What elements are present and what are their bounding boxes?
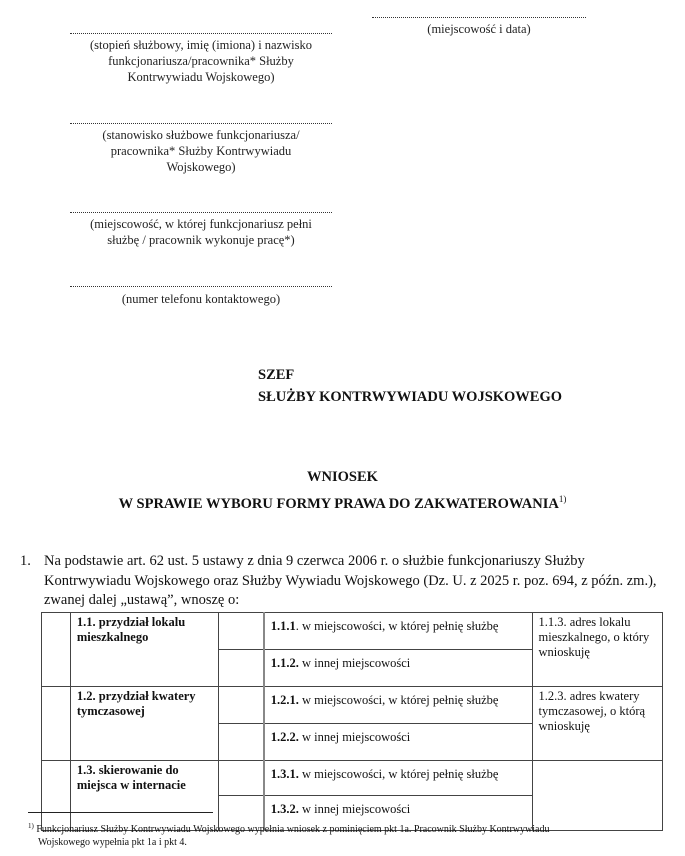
- suboption-text: w innej miejscowości: [299, 656, 410, 670]
- paragraph-text: Na podstawie art. 62 ust. 5 ustawy z dni…: [44, 552, 660, 611]
- caption-line: (numer telefonu kontaktowego): [60, 291, 342, 307]
- suboption-number: 1.2.1.: [271, 693, 299, 707]
- title-line-1: WNIOSEK: [0, 466, 685, 488]
- suboption-label: 1.3.1. w miejscowości, w której pełnię s…: [264, 761, 532, 796]
- suboption-number: 1.1.2.: [271, 656, 299, 670]
- addressee-line-2: SŁUŻBY KONTRWYWIADU WOJSKOWEGO: [258, 386, 562, 408]
- suboption-text: w miejscowości, w której pełnię służbę: [299, 693, 499, 707]
- table-row: 1.3. skierowanie do miejsca w internacie…: [42, 761, 663, 796]
- document-title: WNIOSEK W SPRAWIE WYBORU FORMY PRAWA DO …: [0, 466, 685, 515]
- place-date-caption: (miejscowość i data): [372, 21, 586, 37]
- caption-line: (stanowisko służbowe funkcjonariusza/: [60, 127, 342, 143]
- footnote-ref[interactable]: 1): [559, 494, 567, 504]
- caption-line: funkcjonariusza/pracownika* Służby: [60, 53, 342, 69]
- table-row: 1.2. przydział kwatery tymczasowej 1.2.1…: [42, 687, 663, 724]
- suboption-checkbox[interactable]: [219, 724, 264, 761]
- title-line-2: W SPRAWIE WYBORU FORMY PRAWA DO ZAKWATER…: [0, 488, 685, 515]
- footnote-line-2: Wojskowego wypełnia pkt 1a i pkt 4.: [28, 836, 658, 849]
- caption-line: Kontrwywiadu Wojskowego): [60, 69, 342, 85]
- addressee-line-1: SZEF: [258, 364, 562, 386]
- title-text: W SPRAWIE WYBORU FORMY PRAWA DO ZAKWATER…: [119, 496, 559, 512]
- service-location-dotted-line[interactable]: [70, 212, 332, 213]
- place-date-dotted-line[interactable]: [372, 17, 586, 18]
- caption-line: (stopień służbowy, imię (imiona) i nazwi…: [60, 37, 342, 53]
- suboption-text: . w miejscowości, w której pełnię służbę: [296, 619, 499, 633]
- name-dotted-line[interactable]: [70, 33, 332, 34]
- footnote-line-1: Funkcjonariusz Służby Kontrwywiadu Wojsk…: [36, 824, 549, 835]
- caption-line: pracownika* Służby Kontrwywiadu: [60, 143, 342, 159]
- phone-dotted-line[interactable]: [70, 286, 332, 287]
- footnote-divider: [28, 812, 213, 813]
- option-label: 1.1. przydział lokalu mieszkalnego: [70, 613, 218, 687]
- suboption-checkbox[interactable]: [219, 687, 264, 724]
- option-checkbox-cell[interactable]: [42, 687, 71, 761]
- suboption-checkbox[interactable]: [219, 761, 264, 796]
- address-field[interactable]: 1.2.3. adres kwatery tymczasowej, o któr…: [532, 687, 662, 761]
- footnote: 1) Funkcjonariusz Służby Kontrwywiadu Wo…: [28, 820, 658, 849]
- suboption-text: w innej miejscowości: [299, 730, 410, 744]
- caption-line: Wojskowego): [60, 159, 342, 175]
- suboption-checkbox[interactable]: [219, 613, 264, 650]
- table-row: 1.1. przydział lokalu mieszkalnego 1.1.1…: [42, 613, 663, 650]
- position-caption: (stanowisko służbowe funkcjonariusza/ pr…: [60, 127, 342, 175]
- suboption-text: w miejscowości, w której pełnię służbę: [299, 767, 499, 781]
- option-label: 1.2. przydział kwatery tymczasowej: [70, 687, 218, 761]
- suboption-number: 1.3.1.: [271, 767, 299, 781]
- paragraph-number: 1.: [20, 552, 31, 572]
- addressee: SZEF SŁUŻBY KONTRWYWIADU WOJSKOWEGO: [258, 364, 562, 408]
- caption-line: służbę / pracownik wykonuje pracę*): [60, 232, 342, 248]
- name-caption: (stopień służbowy, imię (imiona) i nazwi…: [60, 37, 342, 85]
- suboption-label: 1.2.1. w miejscowości, w której pełnię s…: [264, 687, 532, 724]
- suboption-label: 1.1.1. w miejscowości, w której pełnię s…: [264, 613, 532, 650]
- caption-line: (miejscowość, w której funkcjonariusz pe…: [60, 216, 342, 232]
- suboption-checkbox[interactable]: [219, 650, 264, 687]
- address-field[interactable]: 1.1.3. adres lokalu mieszkalnego, o któr…: [532, 613, 662, 687]
- option-checkbox-cell[interactable]: [42, 613, 71, 687]
- suboption-number: 1.1.1: [271, 619, 296, 633]
- phone-caption: (numer telefonu kontaktowego): [60, 291, 342, 307]
- suboption-label: 1.2.2. w innej miejscowości: [264, 724, 532, 761]
- options-table: 1.1. przydział lokalu mieszkalnego 1.1.1…: [41, 612, 663, 831]
- position-dotted-line[interactable]: [70, 123, 332, 124]
- suboption-number: 1.2.2.: [271, 730, 299, 744]
- suboption-text: w innej miejscowości: [299, 802, 410, 816]
- footnote-marker: 1): [28, 822, 34, 830]
- suboption-label: 1.1.2. w innej miejscowości: [264, 650, 532, 687]
- service-location-caption: (miejscowość, w której funkcjonariusz pe…: [60, 216, 342, 248]
- suboption-number: 1.3.2.: [271, 802, 299, 816]
